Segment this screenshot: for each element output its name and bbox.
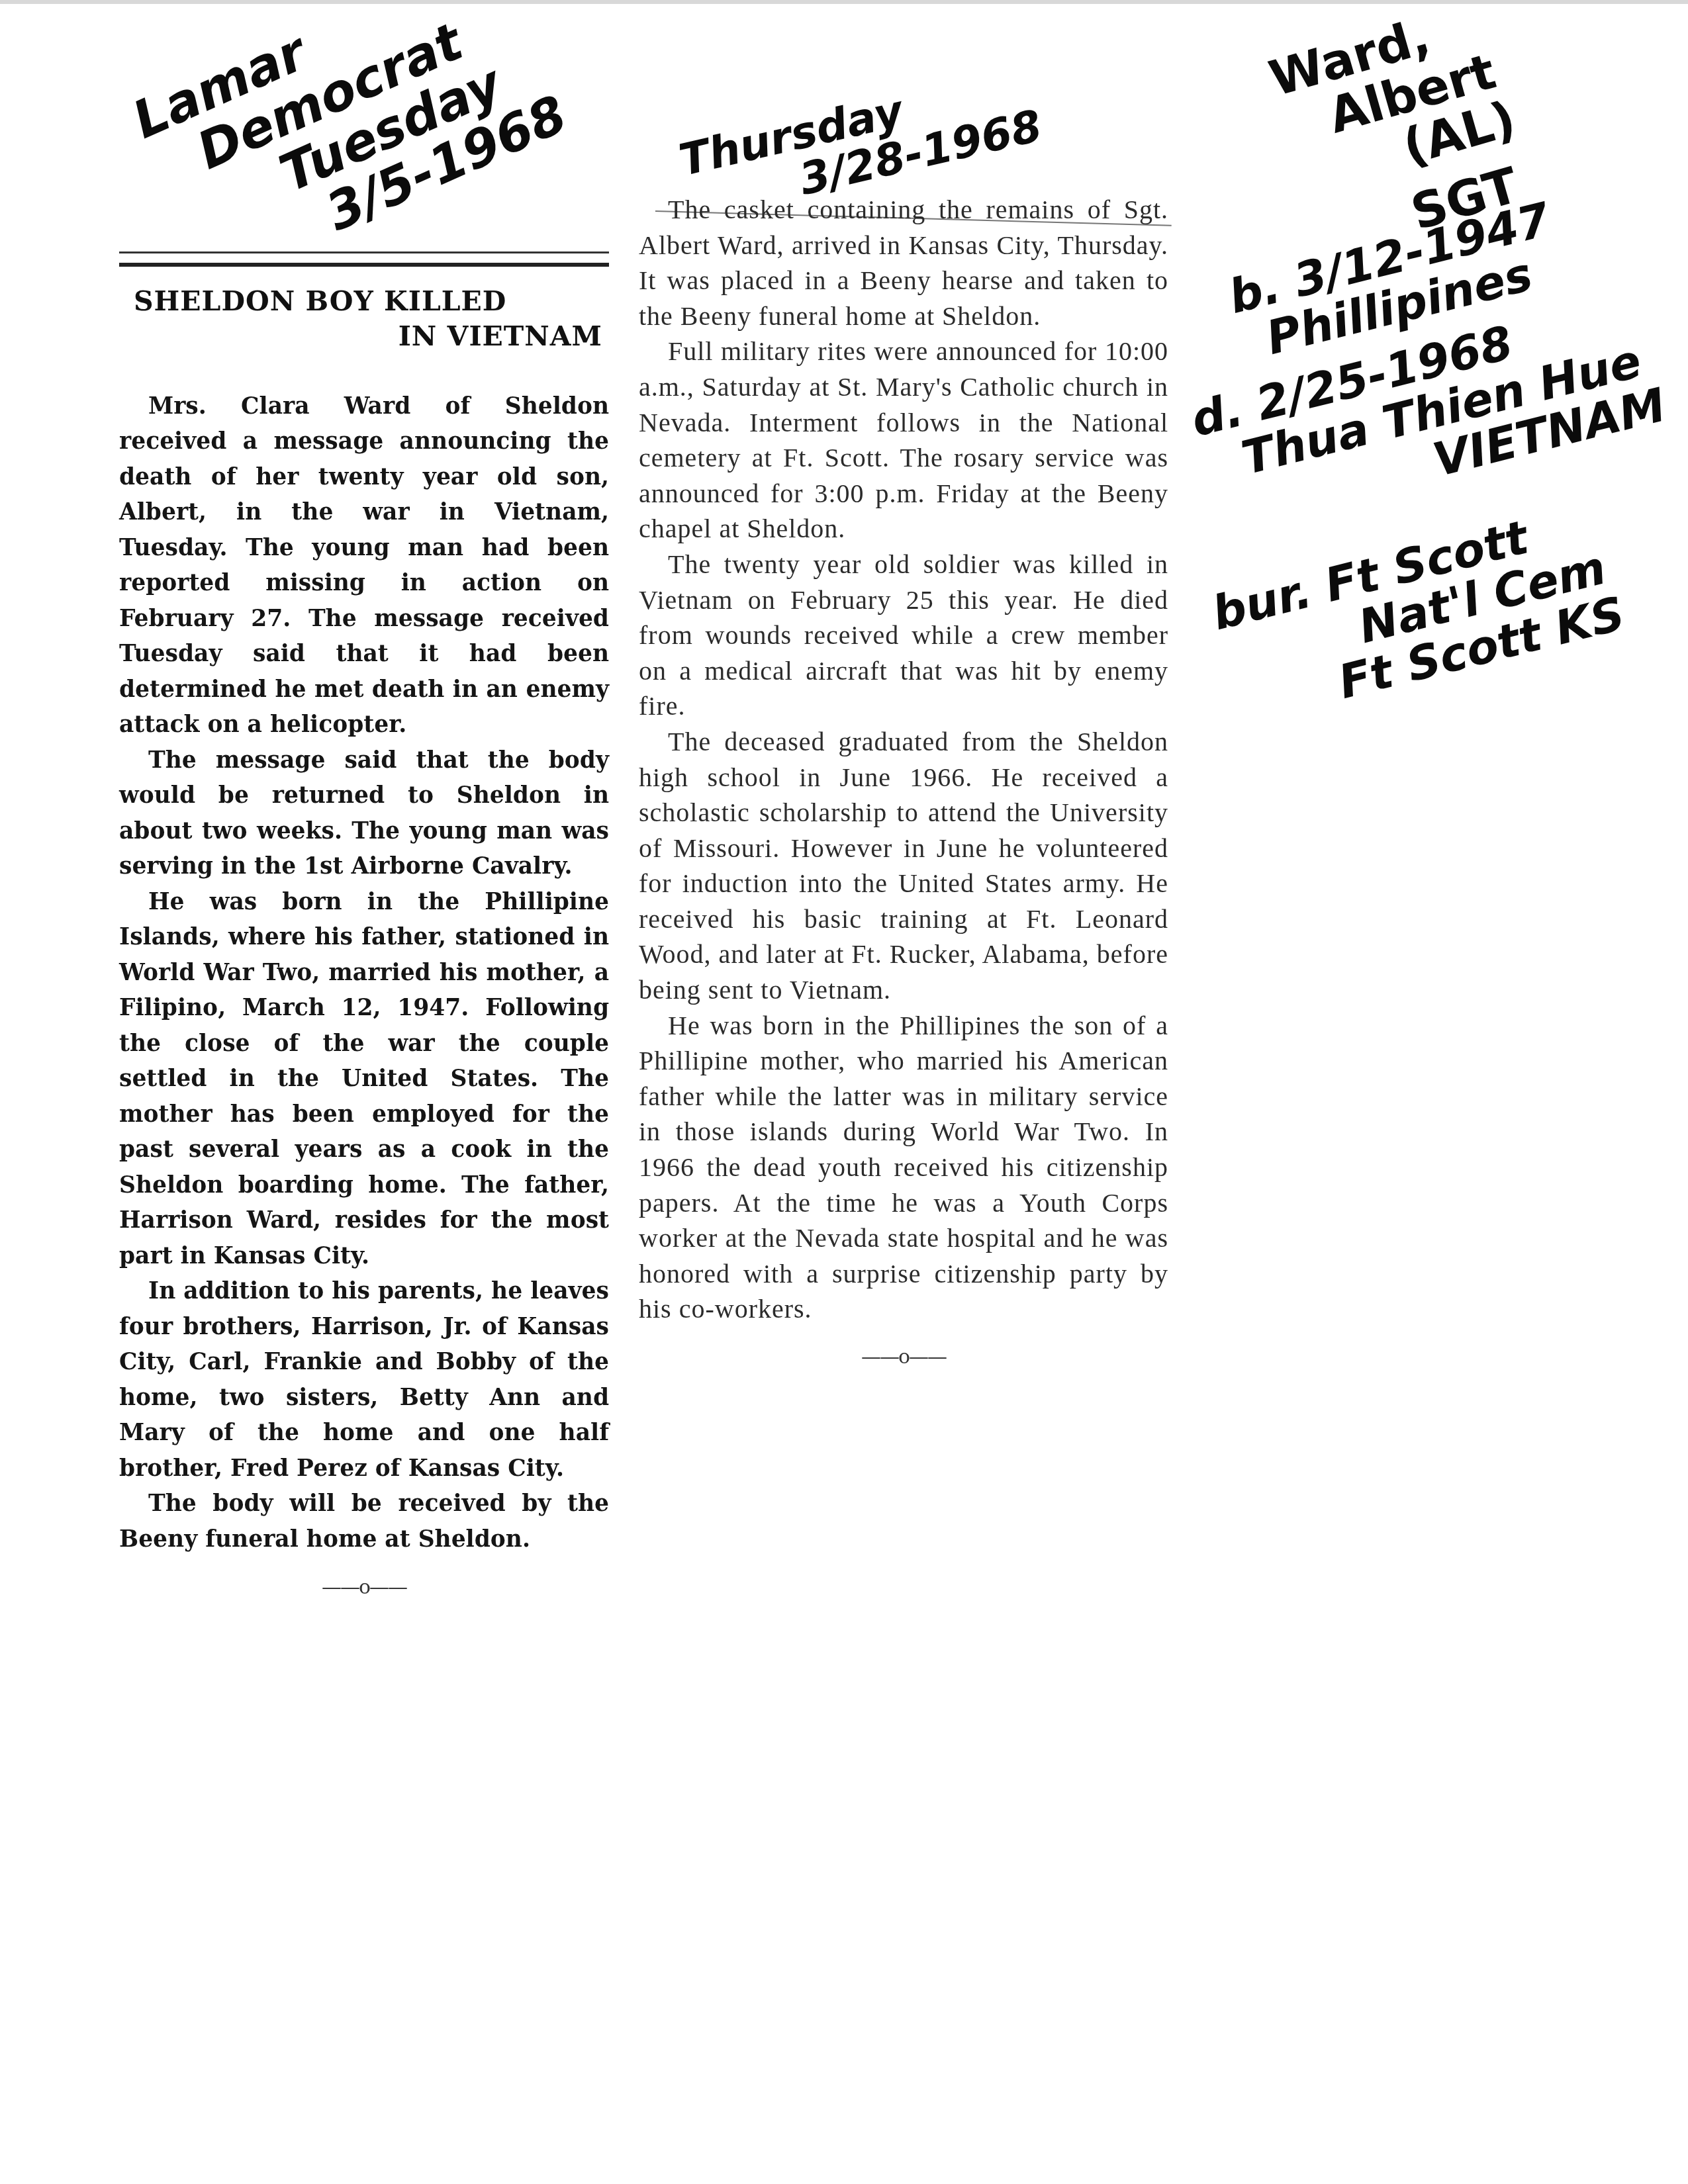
paragraph: The twenty year old soldier was killed i… xyxy=(639,547,1168,724)
column-rule xyxy=(119,251,609,267)
article-body: Mrs. Clara Ward of Sheldon received a me… xyxy=(119,389,609,1558)
end-ornament: ——o—— xyxy=(119,1576,609,1599)
paragraph: The casket containing the remains of Sgt… xyxy=(639,192,1168,334)
paragraph: Mrs. Clara Ward of Sheldon received a me… xyxy=(119,389,609,743)
paragraph: The body will be received by the Beeny f… xyxy=(119,1486,609,1557)
paragraph: He was born in the Phillipines the son o… xyxy=(639,1008,1168,1327)
end-ornament: ——o—— xyxy=(639,1345,1168,1369)
handwritten-vitals-note: b. 3/12-1947 Phillipines d. 2/25-1968 Th… xyxy=(1211,179,1688,713)
headline-line-1: Sheldon Boy Killed xyxy=(119,284,609,319)
paragraph: The message said that the body would be … xyxy=(119,743,609,885)
paragraph: The deceased graduated from the Sheldon … xyxy=(639,724,1168,1008)
clipping-obituary-tuesday: Sheldon Boy Killed In Vietnam Mrs. Clara… xyxy=(119,251,609,1599)
paragraph: In addition to his parents, he leaves fo… xyxy=(119,1274,609,1486)
paragraph: He was born in the Phillipine Islands, w… xyxy=(119,885,609,1275)
scan-edge xyxy=(0,0,1688,4)
headline: Sheldon Boy Killed In Vietnam xyxy=(119,284,609,355)
headline-line-2: In Vietnam xyxy=(119,319,609,354)
clipping-obituary-thursday: The casket containing the remains of Sgt… xyxy=(639,192,1168,1369)
article-body: The casket containing the remains of Sgt… xyxy=(639,192,1168,1327)
paragraph: Full military rites were announced for 1… xyxy=(639,334,1168,547)
